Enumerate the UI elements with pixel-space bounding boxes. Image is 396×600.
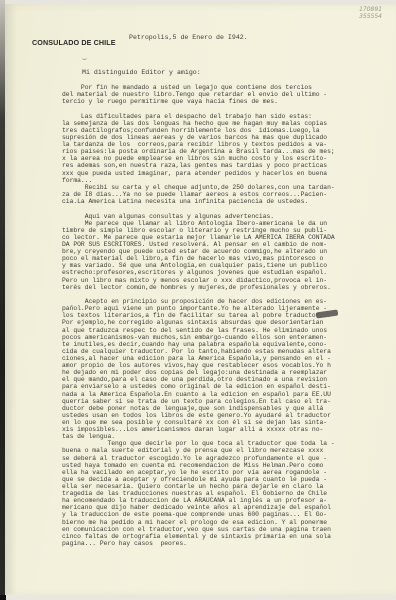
text-line: del material de nuestro libro.Tengo que … [62,91,392,98]
text-line: cinco faltas de ortografia elemental y d… [62,533,392,540]
text-line: rios paises:la posta ordinaria de Argent… [62,148,392,155]
text-line: res ademas son,en nuestra raza,las gente… [62,162,392,169]
text-line: ustedes usan en todos los libros de este… [62,412,392,419]
text-line: terés del lector común,de hombres y muje… [62,284,392,291]
text-line: Me parece que llamar al libro Antologia … [62,220,392,227]
text-line: Acepto en principio su proposición de ha… [62,298,392,305]
paragraph-gap [62,205,392,212]
text-line: el que mando,para el caso de una perdida… [62,376,392,383]
text-line: usted haya tomado en cuenta mi recomenda… [62,462,392,469]
text-line: bre,y creyendo que puede usted estar de … [62,248,392,255]
text-line: mericano que dijo haber dedicado veinte … [62,504,392,511]
text-line: se deberá al traductor escogido.Yo le ag… [62,455,392,462]
text-line: ciones,al hacer una edicion para la Amer… [62,355,392,362]
text-line: pagina... Pero hay casos peores. [62,540,392,547]
text-line: cia.La America Latina necesita una infin… [62,198,392,205]
text-line: que se decida a aceptar y ofreciendole m… [62,476,392,483]
text-line: xxx que pueda usted imaginar, para atend… [62,170,392,177]
text-line: Las dificultades para el despacho del tr… [62,113,392,120]
text-line: za de I8 dias...Ya no se puede llamar ae… [62,191,392,198]
text-line: DA POR SUS ESCRITORES. Usted resolverá. … [62,241,392,248]
text-line: tragedia de las traducciones nuestras al… [62,490,392,497]
letter-body: Por fin he mandado a usted un legajo que… [62,84,392,547]
text-line: los textos literarios,a fin de facilitar… [62,312,392,319]
text-line: Por fin he mandado a usted un legajo que… [62,84,392,91]
text-line: te inutiles,es decir,cuando hay una pala… [62,341,392,348]
paragraph-gap [62,105,392,112]
salutation: Mi distinguido Editor y amigo: [82,69,201,76]
text-line: ella ha vacilado en aceptar,yo le he esc… [62,469,392,476]
text-line: y mas variado. Sé que una Antologia,en c… [62,262,392,269]
text-line: Aqui van algunas consultas y algunas adv… [62,213,392,220]
archive-number-1: 170891 [359,6,382,13]
paragraph-gap [62,291,392,298]
paper-fold-shadow [3,4,17,594]
text-line: ductor debe poner notas de lenguaje,que … [62,405,392,412]
text-line: pañol.Pero aqui viene un punto important… [62,305,392,312]
text-line: en comunicacion con el traductor,veo que… [62,526,392,533]
text-line: timbre de simple libro escolar o literar… [62,227,392,234]
text-line: Tengo que decirle por lo que toca al tra… [62,440,392,447]
text-line: forma... [62,177,392,184]
archive-number-2: 355554 [359,13,382,20]
text-line: x la aerea no puede emplearse en libros … [62,155,392,162]
text-line: xis imposibles...Los americanismos daran… [62,426,392,433]
text-line: tercio y le ruego permitirme que vaya ha… [62,98,392,105]
text-line: la semejanza de las dos lenguas ha hecho… [62,120,392,127]
text-line: estrecho:profesores,escritores y algunos… [62,269,392,276]
text-line: Recibi su carta y el cheque adjunto,de 2… [62,184,392,191]
text-line: ella ser necesaria. Quiero contarle un h… [62,483,392,490]
text-line: cida de cualquier traductor. Por lo tant… [62,348,392,355]
archive-number: 170891 355554 [359,6,382,20]
scan-border-bottom [0,595,396,600]
letterhead: CONSULADO DE CHILE [32,38,116,47]
text-line: pocos americanismos-van muchos,sin embar… [62,334,392,341]
text-line: buena o mala suerte editorial y de prens… [62,447,392,454]
scan-left-edge [0,0,5,600]
text-line: he dejado en mi poder dos copias del leg… [62,369,392,376]
text-line: amor propio de los autores vivos,hay que… [62,362,392,369]
text-line: ha encomendado la traduccion de LA ARAUC… [62,497,392,504]
text-line: y la traduccion de este poema-que compre… [62,511,392,518]
text-line: tas de lengua. [62,433,392,440]
text-line: la tardanza de los correos,para recibir … [62,141,392,148]
text-line: Por ejemplo,he corregido algunas sintaxi… [62,319,392,326]
text-line: querria saber si se trata de un texto pa… [62,398,392,405]
text-line: nada a la America Española.En cuanto a l… [62,391,392,398]
text-line: supresión de dos lineas aereas y de vari… [62,134,392,141]
text-line: para enviarselo a ustedes como original … [62,383,392,390]
text-line: en lo que me sea posible y consultaré xx… [62,419,392,426]
text-line: Pero un libro mas mixto y menos escolar … [62,277,392,284]
text-line: co lector. Me parece que estaria mejor l… [62,234,392,241]
dateline: Petropolis,5 de Enero de I942. [129,34,248,41]
text-line: al que traduzca respec to del sentido de… [62,327,392,334]
text-line: poco el material del libro,a fin de hace… [62,255,392,262]
text-line: bierno me ha pedido a mi hacer el prolog… [62,519,392,526]
text-line: tres dactilografos;confunden horriblemen… [62,127,392,134]
